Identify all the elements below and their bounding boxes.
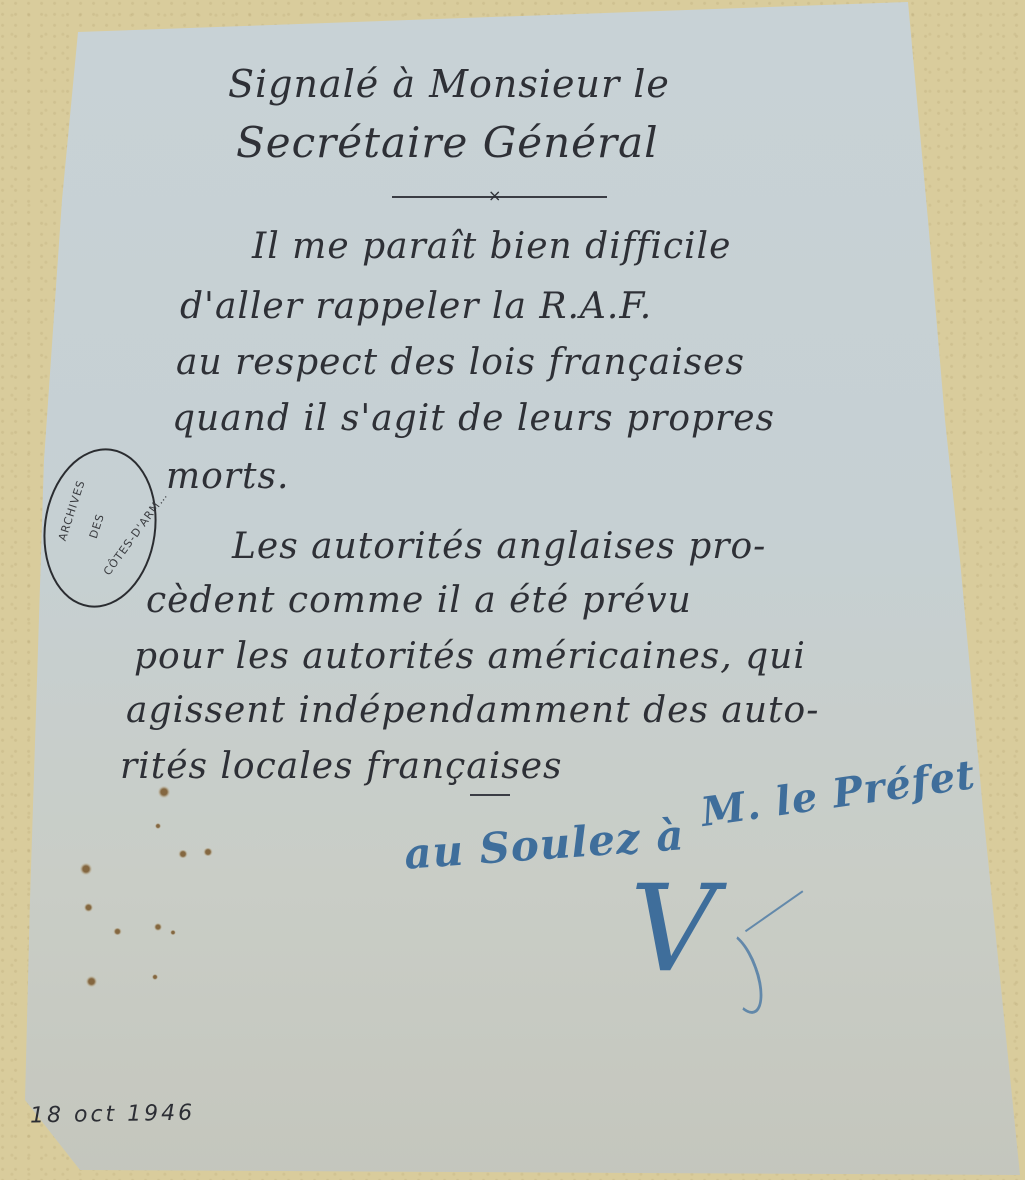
divider-cross-mark: × (488, 186, 501, 205)
foxing-stain (178, 850, 188, 858)
stamp-top-text: ARCHIVES (56, 478, 88, 542)
paragraph-1-line-4: quand il s'agit de leurs propres (172, 398, 775, 439)
foxing-stain (80, 863, 92, 875)
date-note: 18 oct 1946 (30, 1101, 196, 1129)
header-line-1: Signalé à Monsieur le (228, 62, 670, 106)
foxing-stain (158, 786, 170, 798)
header-line-2: Secrétaire Général (236, 118, 659, 167)
foxing-stain (154, 923, 162, 931)
annotation-signature: V (630, 860, 718, 999)
paragraph-2-line-1: Les autorités anglaises pro- (232, 526, 766, 567)
paragraph-1-line-1: Il me paraît bien difficile (252, 226, 731, 267)
paragraph-2-line-4: agissent indépendamment des auto- (126, 690, 819, 731)
paragraph-2-line-2: cèdent comme il a été prévu (146, 580, 692, 621)
foxing-stain (113, 928, 122, 935)
foxing-stain (84, 903, 93, 912)
foxing-stain (203, 848, 213, 856)
paragraph-1-line-3: au respect des lois françaises (176, 342, 745, 383)
paragraph-2-line-5: rités locales françaises (120, 746, 563, 787)
foxing-stain (155, 823, 161, 829)
paragraph-1-line-2: d'aller rappeler la R.A.F. (180, 286, 652, 327)
foxing-stain (86, 976, 97, 987)
foxing-stain (152, 974, 158, 980)
paragraph-1-line-5: morts. (166, 456, 289, 497)
stamp-middle-text: DES (87, 512, 107, 540)
paragraph-2-line-3: pour les autorités américaines, qui (134, 636, 806, 677)
francaises-underline (470, 794, 510, 796)
foxing-stain (170, 930, 176, 935)
